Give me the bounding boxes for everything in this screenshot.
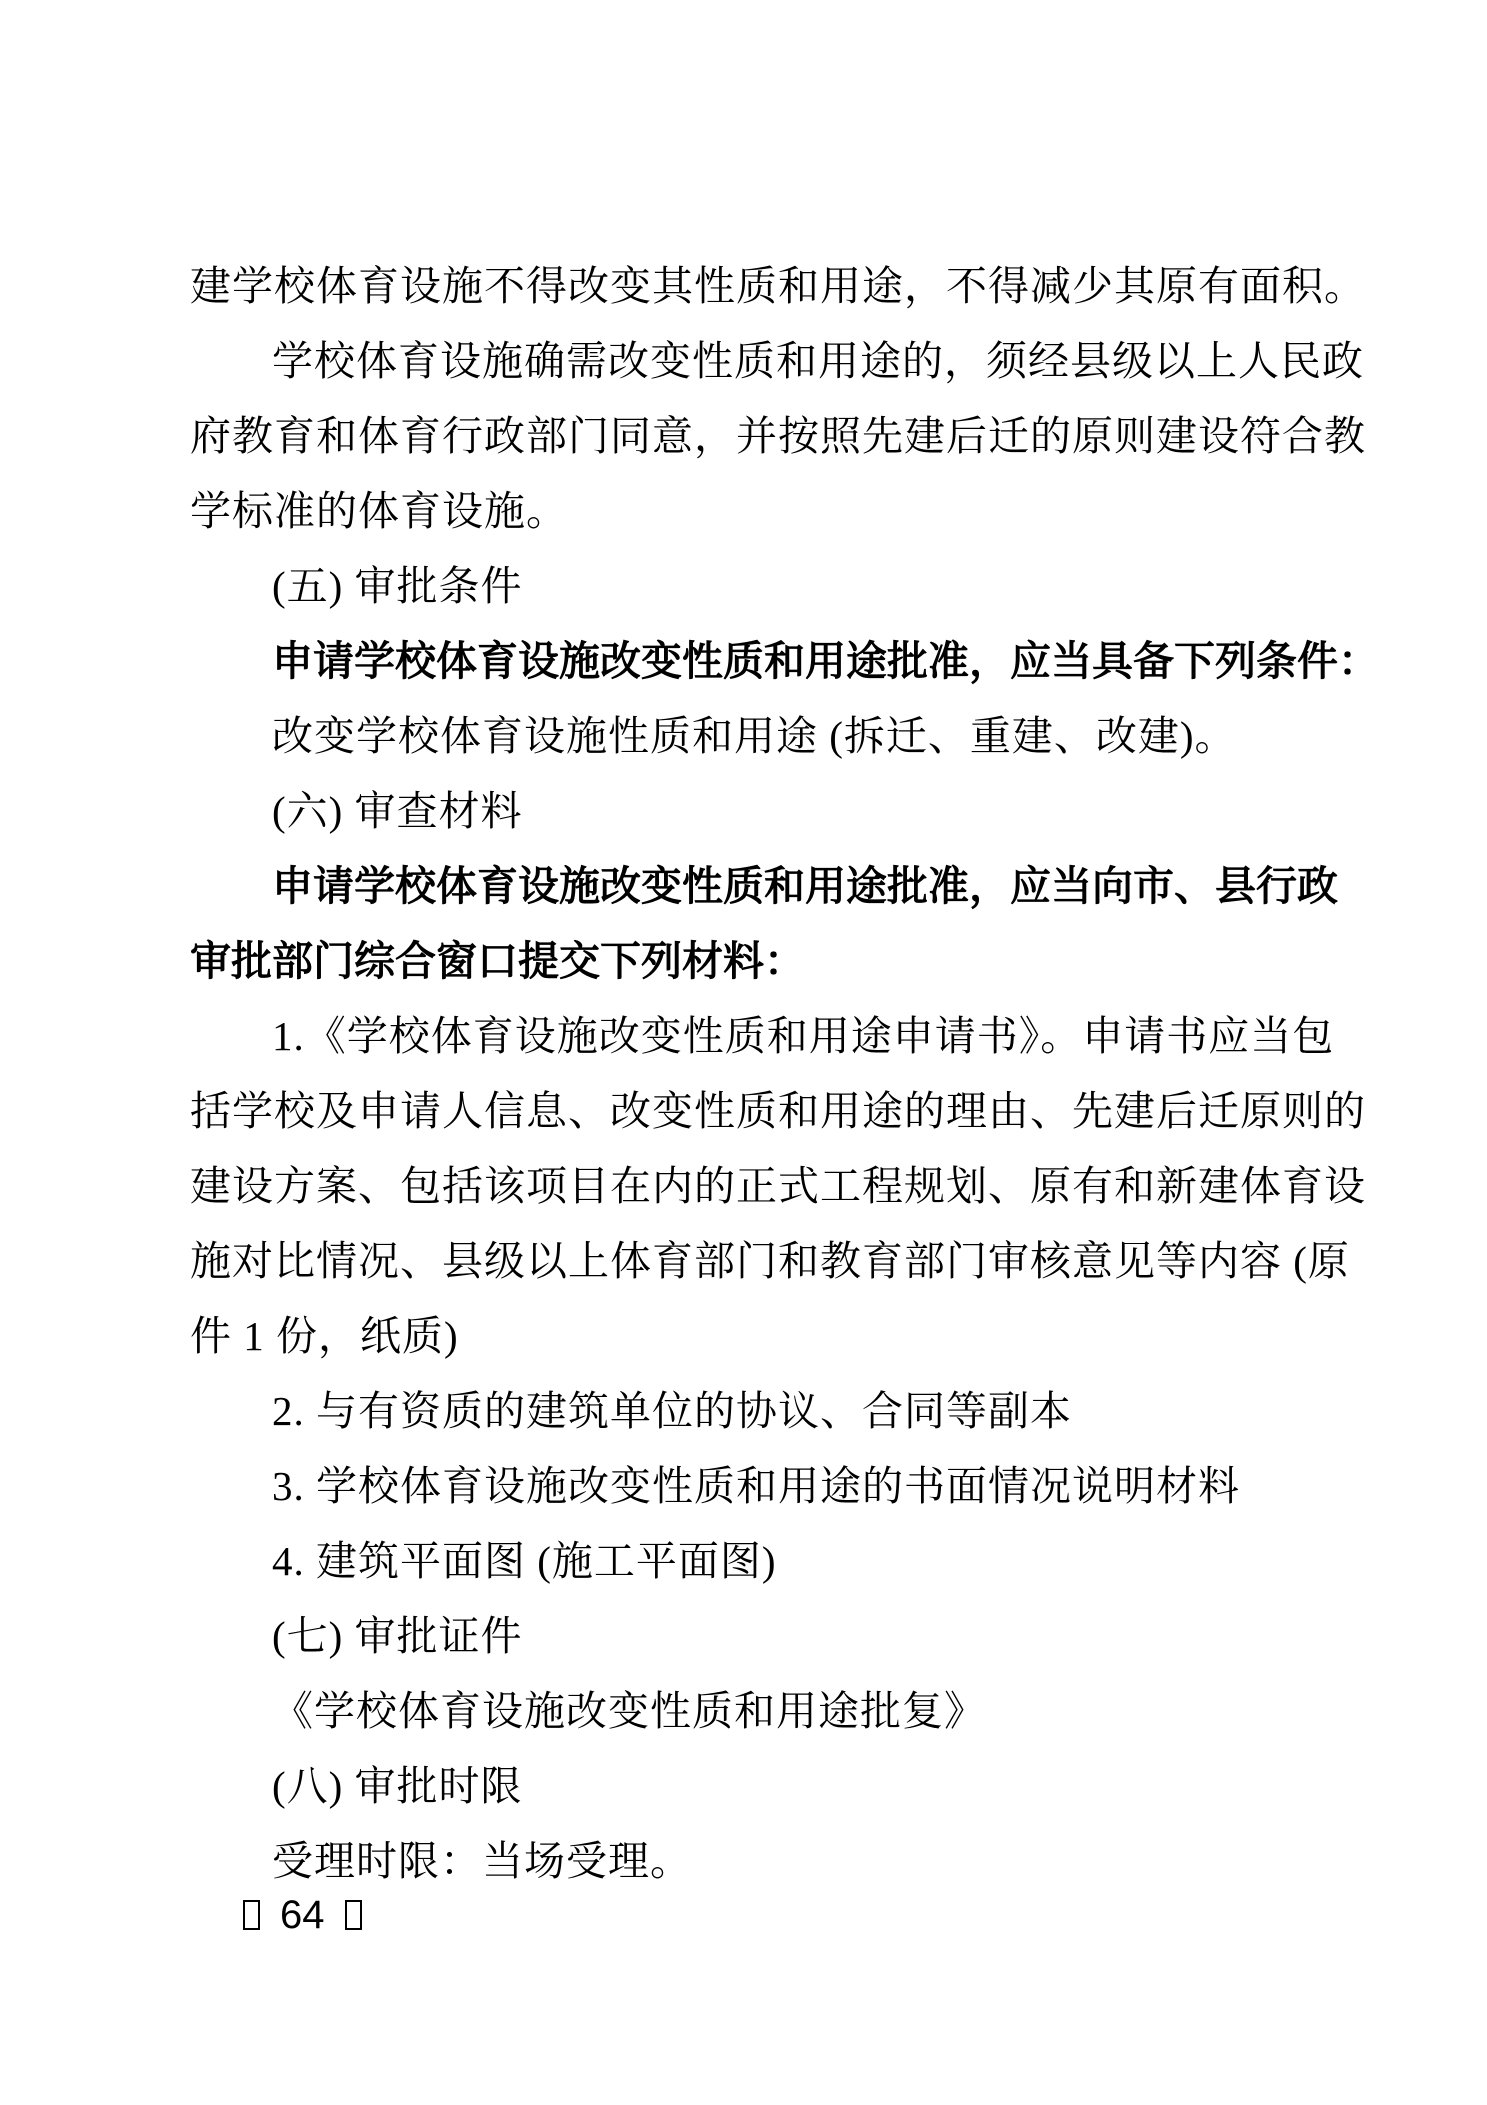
text-line: 1.《学校体育设施改变性质和用途申请书》。申请书应当包 bbox=[190, 999, 1390, 1074]
text-line: 括学校及申请人信息、改变性质和用途的理由、先建后迁原则的 bbox=[190, 1074, 1390, 1149]
text-line: 建学校体育设施不得改变其性质和用途，不得减少其原有面积。 bbox=[190, 249, 1390, 324]
text-line: 4. 建筑平面图 (施工平面图) bbox=[190, 1524, 1390, 1599]
text-line: 《学校体育设施改变性质和用途批复》 bbox=[190, 1674, 1390, 1749]
text-line: 建设方案、包括该项目在内的正式工程规划、原有和新建体育设 bbox=[190, 1149, 1390, 1224]
text-line: 改变学校体育设施性质和用途 (拆迁、重建、改建)。 bbox=[190, 699, 1390, 774]
text-line: 审批部门综合窗口提交下列材料： bbox=[190, 924, 1390, 999]
missing-glyph-box-left bbox=[243, 1900, 260, 1930]
text-line: 受理时限：当场受理。 bbox=[190, 1824, 1390, 1899]
text-line: 3. 学校体育设施改变性质和用途的书面情况说明材料 bbox=[190, 1449, 1390, 1524]
text-line: 申请学校体育设施改变性质和用途批准，应当具备下列条件： bbox=[190, 624, 1390, 699]
missing-glyph-box-right bbox=[345, 1900, 362, 1930]
text-line: 学校体育设施确需改变性质和用途的，须经县级以上人民政 bbox=[190, 324, 1390, 399]
text-line: 施对比情况、县级以上体育部门和教育部门审核意见等内容 (原 bbox=[190, 1224, 1390, 1299]
page-number: 64 bbox=[280, 1893, 325, 1937]
document-lines: 建学校体育设施不得改变其性质和用途，不得减少其原有面积。学校体育设施确需改变性质… bbox=[190, 249, 1390, 1899]
text-line: 学标准的体育设施。 bbox=[190, 474, 1390, 549]
document-page: 建学校体育设施不得改变其性质和用途，不得减少其原有面积。学校体育设施确需改变性质… bbox=[0, 0, 1487, 2105]
text-line: 件 1 份，纸质) bbox=[190, 1299, 1390, 1374]
text-line: 申请学校体育设施改变性质和用途批准，应当向市、县行政 bbox=[190, 849, 1390, 924]
text-line: 2. 与有资质的建筑单位的协议、合同等副本 bbox=[190, 1374, 1390, 1449]
text-line: (六) 审查材料 bbox=[190, 774, 1390, 849]
text-line: (五) 审批条件 bbox=[190, 549, 1390, 624]
text-line: (八) 审批时限 bbox=[190, 1749, 1390, 1824]
text-line: (七) 审批证件 bbox=[190, 1599, 1390, 1674]
page-footer: 64 bbox=[243, 1893, 362, 1937]
text-line: 府教育和体育行政部门同意，并按照先建后迁的原则建设符合教 bbox=[190, 399, 1390, 474]
